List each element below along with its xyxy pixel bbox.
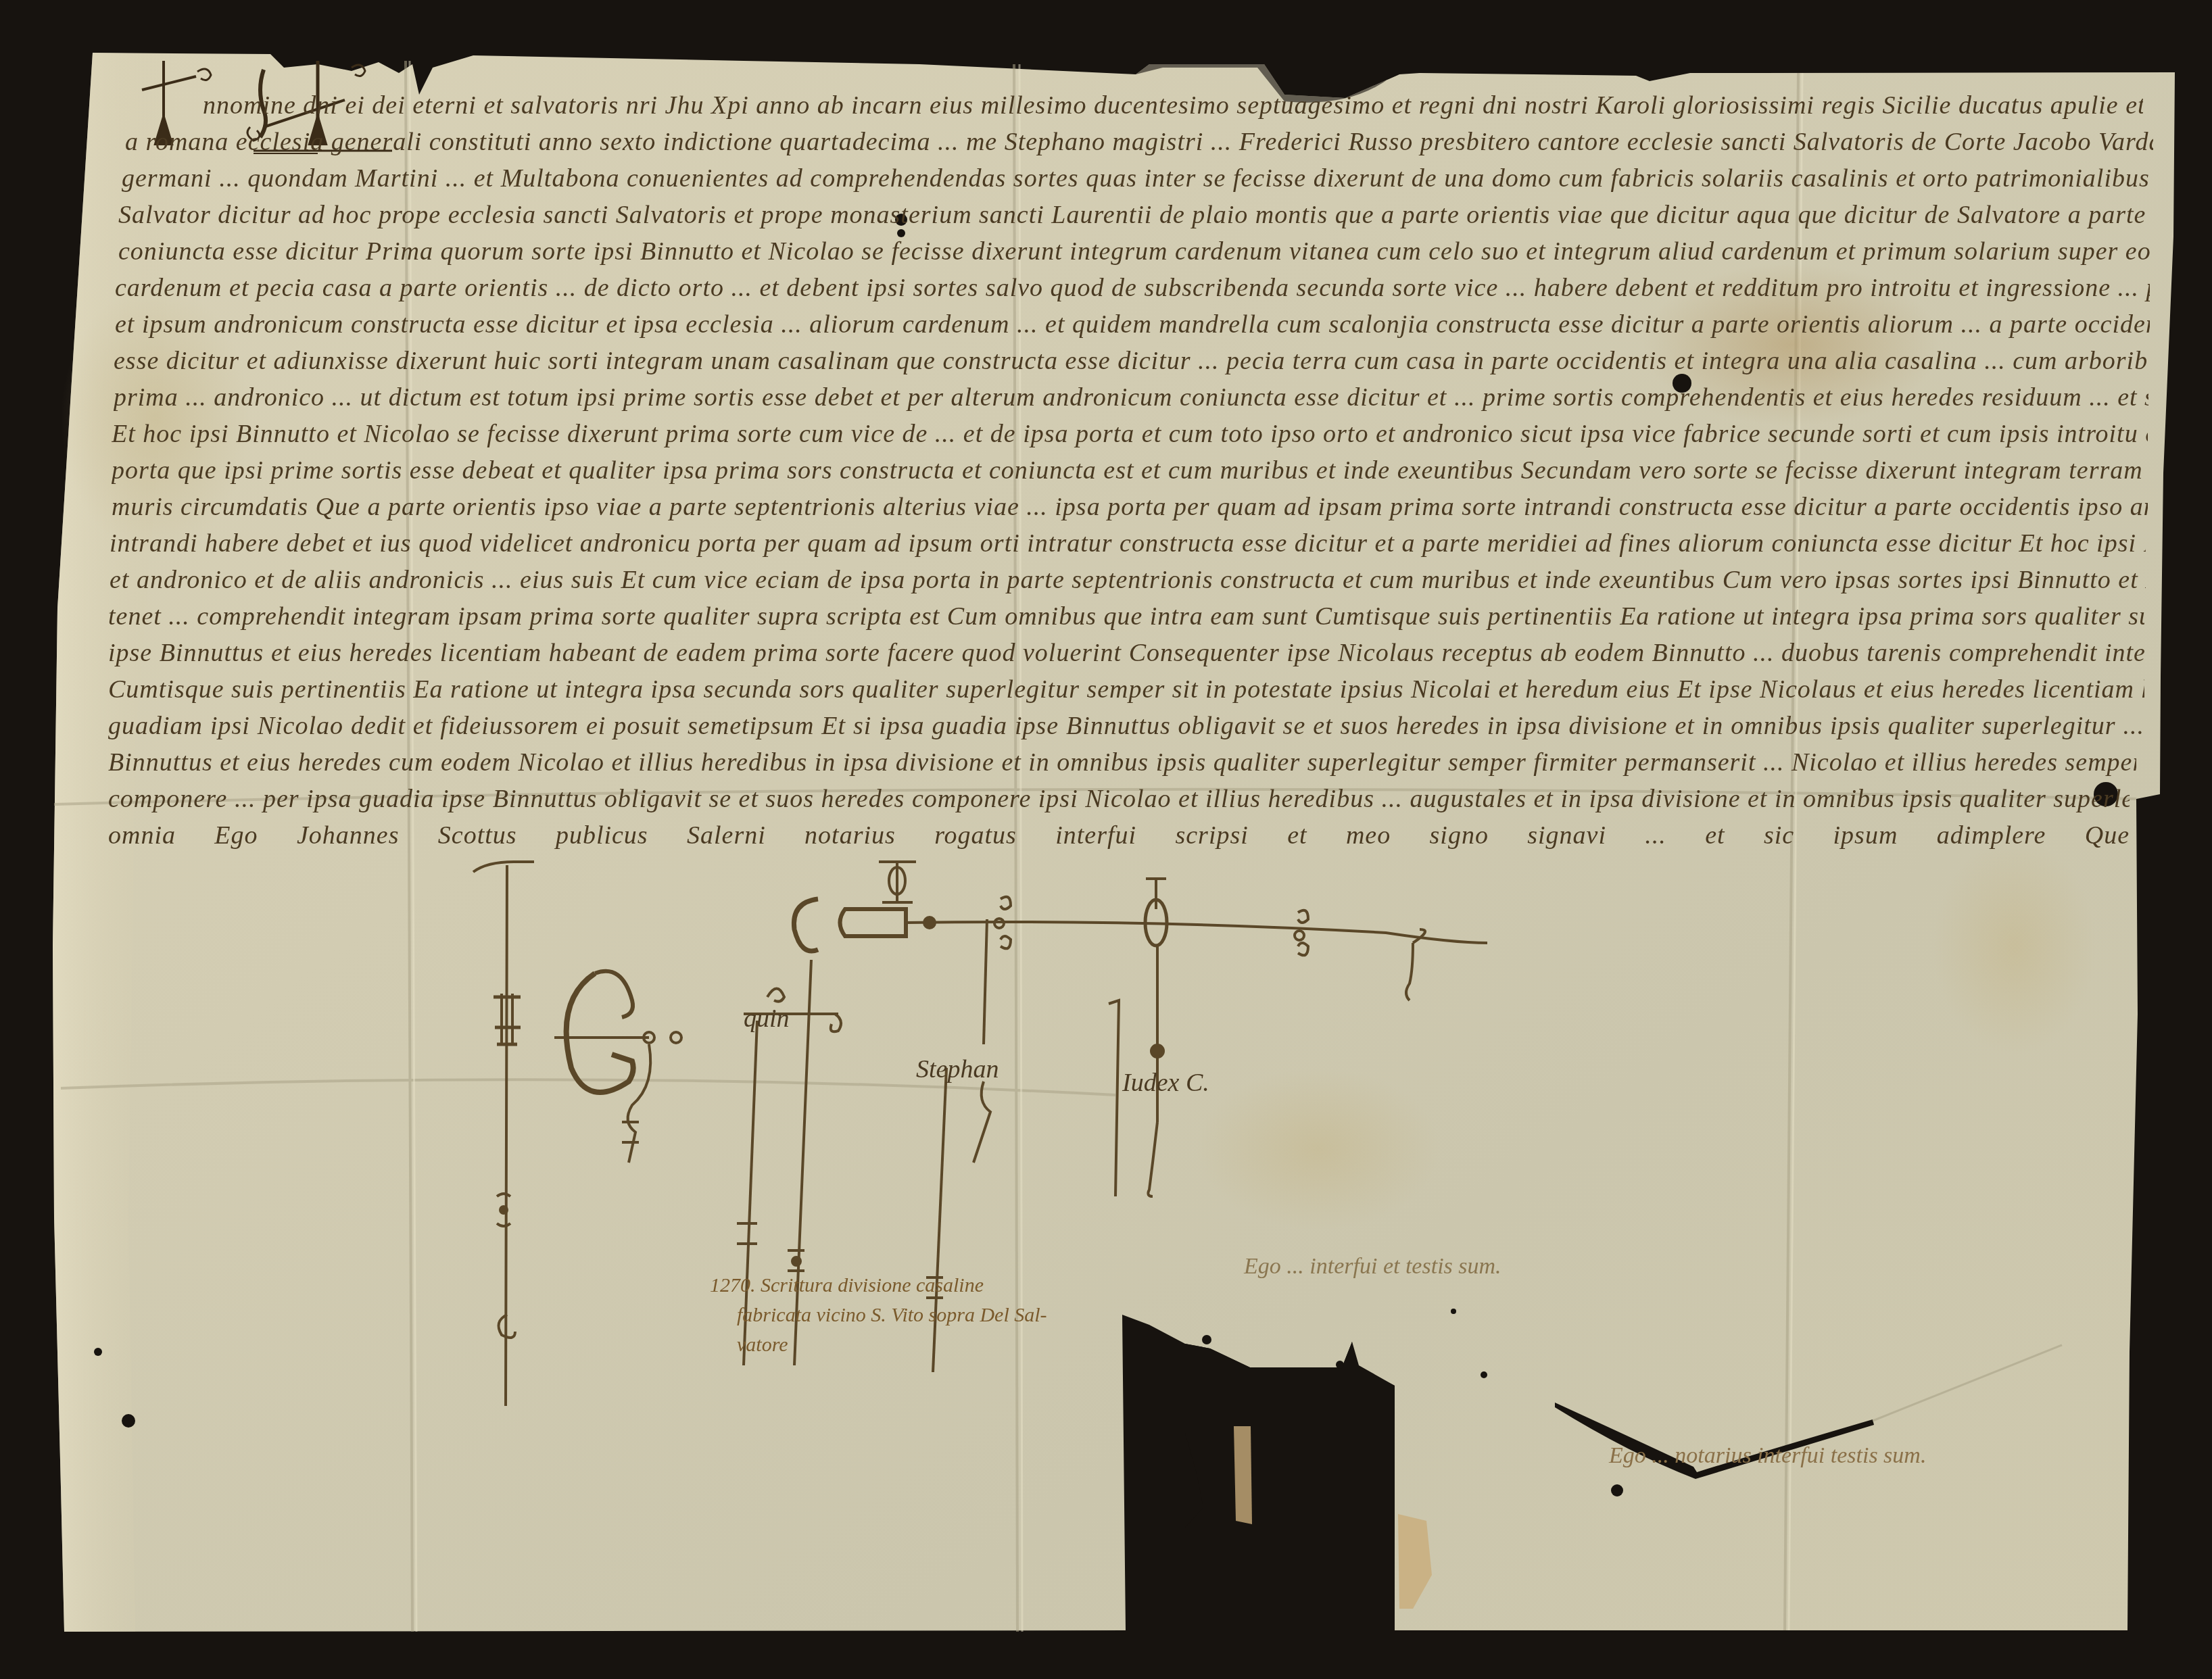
signature-iudex: Iudex C. <box>1122 1068 1209 1098</box>
signature-stephan: Stephan <box>916 1054 999 1084</box>
annotation-line: 1270. Scrittura divisione casaline <box>710 1271 1047 1300</box>
annotation-line: fabricata vicino S. Vito sopra Del Sal- <box>710 1300 1047 1330</box>
annotation-line: vatore <box>710 1330 1047 1360</box>
archival-annotation: 1270. Scrittura divisione casaline fabri… <box>710 1271 1047 1360</box>
signature-quin: quin <box>744 1004 790 1033</box>
witness-note-2: Ego ... notarius interfui testis sum. <box>1609 1443 1926 1469</box>
witness-note-1: Ego ... interfui et testis sum. <box>1244 1254 1501 1280</box>
subscriptions <box>0 0 2212 1679</box>
